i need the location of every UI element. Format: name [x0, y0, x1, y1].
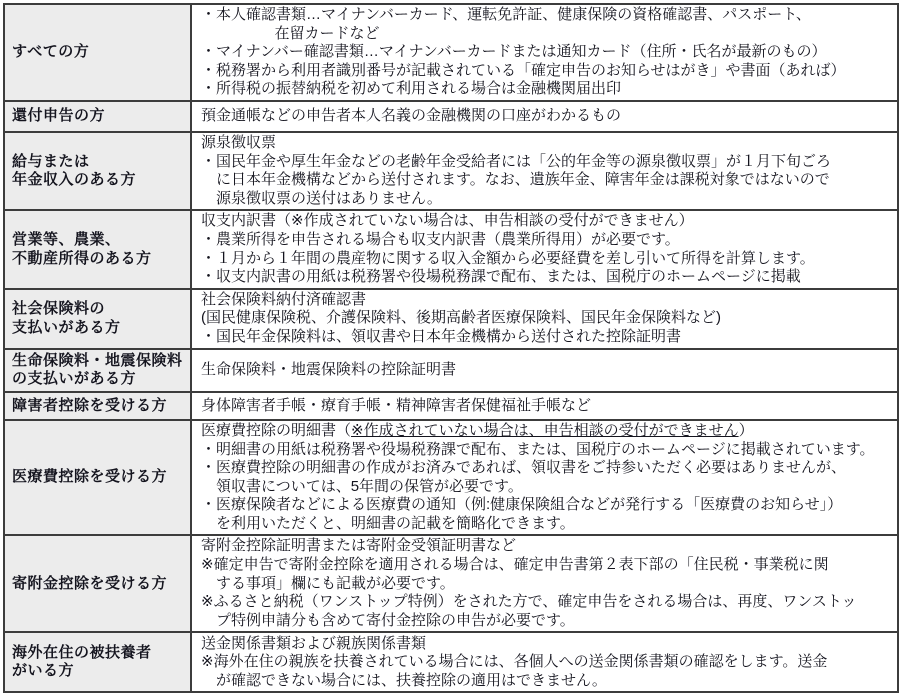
document-text-line: 源泉徴収票の送付はありません。 — [201, 190, 893, 209]
category-label: 営業等、農業、 — [12, 231, 186, 250]
text-segment: ・国民年金や厚生年金などの老齢年金受給者には「公的年金等の源泉徴収票」が１月下旬… — [201, 153, 831, 170]
text-segment: する事項」欄にも記載が必要です。 — [216, 575, 455, 592]
category-label: 不動産所得のある方 — [12, 250, 186, 269]
document-text-line: 寄附金控除証明書または寄附金受領証明書など — [201, 537, 893, 556]
text-segment: ・農業所得を申告される場合も収支内訳書（農業所得用）が必要です。 — [201, 231, 680, 248]
documents-cell: 身体障害者手帳・療育手帳・精神障害者保健福祉手帳など — [191, 392, 898, 420]
document-text-line: ・国民年金保険料は、領収書や日本年金機構から送付された控除証明書 — [201, 328, 893, 347]
text-segment: ・医療保険者などによる医療費の通知（例:健康保険組合などが発行する「医療費のお知… — [201, 496, 842, 513]
table-row: 還付申告の方預金通帳などの申告者本人名義の金融機関の口座がわかるもの — [4, 101, 898, 132]
table-row: 社会保険料の支払いがある方社会保険料納付済確認書(国民健康保険税、介護保険料、後… — [4, 289, 898, 349]
document-text-line: ・国民年金や厚生年金などの老齢年金受給者には「公的年金等の源泉徴収票」が１月下旬… — [201, 153, 893, 172]
category-label: 還付申告の方 — [12, 107, 186, 126]
document-text-line: ・所得税の振替納税を初めて利用される場合は金融機関届出印 — [201, 80, 893, 99]
text-segment: ※ふるさと納税（ワンストップ特例）をされた方で、確定申告をされる場合は、再度、ワ… — [201, 593, 856, 610]
table-row: 医療費控除を受ける方医療費控除の明細書（※作成されていない場合は、申告相談の受付… — [4, 420, 898, 536]
text-segment: 身体障害者手帳・療育手帳・精神障害者保健福祉手帳など — [201, 397, 591, 414]
text-segment: ※確定申告で寄附金控除を適用される場合は、確定申告書第２表下部の「住民税・事業税… — [201, 556, 829, 573]
text-segment: 源泉徴収票の送付はありません。 — [216, 190, 442, 207]
document-text-line: プ特例申請分も含めて寄付金控除の申告が必要です。 — [201, 612, 893, 631]
category-cell: 海外在住の被扶養者がいる方 — [4, 632, 191, 692]
text-segment: 生命保険料・地震保険料の控除証明書 — [201, 361, 456, 378]
document-text-line: ・本人確認書類…マイナンバーカード、運転免許証、健康保険の資格確認書、パスポート… — [201, 6, 893, 25]
text-segment: 預金通帳などの申告者本人名義の金融機関の口座がわかるもの — [201, 107, 621, 124]
category-cell: 還付申告の方 — [4, 101, 191, 132]
category-cell: 障害者控除を受ける方 — [4, 392, 191, 420]
underlined-note-text: ※作成されていない場合は、申告相談の受付ができません — [351, 422, 739, 439]
document-page: すべての方・本人確認書類…マイナンバーカード、運転免許証、健康保険の資格確認書、… — [0, 0, 900, 685]
text-segment: 送金関係書類および親族関係書類 — [201, 635, 426, 652]
category-label: 海外在住の被扶養者 — [12, 644, 186, 663]
category-label: すべての方 — [12, 43, 186, 62]
document-text-line: ・税務署から利用者識別番号が記載されている「確定申告のお知らせはがき」や書面（あ… — [201, 62, 893, 81]
table-row: 海外在住の被扶養者がいる方送金関係書類および親族関係書類※海外在住の親族を扶養さ… — [4, 632, 898, 692]
category-label: 障害者控除を受ける方 — [12, 397, 186, 416]
text-segment: 領収書については、5年間の保管が必要です。 — [216, 478, 523, 495]
category-cell: すべての方 — [4, 4, 191, 101]
category-label: の支払いがある方 — [12, 370, 186, 389]
document-text-line: 医療費控除の明細書（※作成されていない場合は、申告相談の受付ができません） — [201, 422, 893, 441]
document-text-line: ※海外在住の親族を扶養されている場合には、各個人への送金関係書類の確認をします。… — [201, 653, 893, 672]
documents-cell: 医療費控除の明細書（※作成されていない場合は、申告相談の受付ができません）・明細… — [191, 420, 898, 536]
table-row: 給与または年金収入のある方源泉徴収票・国民年金や厚生年金などの老齢年金受給者には… — [4, 132, 898, 210]
category-label: 支払いがある方 — [12, 319, 186, 338]
document-text-line: ※確定申告で寄附金控除を適用される場合は、確定申告書第２表下部の「住民税・事業税… — [201, 556, 893, 575]
category-label: 寄附金控除を受ける方 — [12, 575, 186, 594]
document-text-line: に日本年金機構などから送付されます。なお、遺族年金、障害年金は課税対象ではないの… — [201, 171, 893, 190]
text-segment: ・本人確認書類…マイナンバーカード、運転免許証、健康保険の資格確認書、パスポート… — [201, 6, 811, 23]
text-segment: ・明細書の用紙は税務署や役場税務課で配布、または、国税庁のホームページに掲載され… — [201, 441, 875, 458]
document-text-line: 領収書については、5年間の保管が必要です。 — [201, 478, 893, 497]
document-text-line: ※ふるさと納税（ワンストップ特例）をされた方で、確定申告をされる場合は、再度、ワ… — [201, 593, 893, 612]
text-segment: (国民健康保険税、介護保険料、後期高齢者医療保険料、国民年金保険料など) — [201, 309, 721, 326]
table-row: 寄附金控除を受ける方寄附金控除証明書または寄附金受領証明書など※確定申告で寄附金… — [4, 535, 898, 632]
document-text-line: が確認できない場合には、扶養控除の適用はできません。 — [201, 672, 893, 691]
text-segment: 収支内訳書（※作成されていない場合は、申告相談の受付ができません） — [201, 212, 694, 229]
table-row: 営業等、農業、不動産所得のある方収支内訳書（※作成されていない場合は、申告相談の… — [4, 210, 898, 288]
document-text-line: 送金関係書類および親族関係書類 — [201, 635, 893, 654]
document-text-line: ・収支内訳書の用紙は税務署や役場税務課で配布、または、国税庁のホームページに掲載 — [201, 268, 893, 287]
documents-cell: 寄附金控除証明書または寄附金受領証明書など※確定申告で寄附金控除を適用される場合… — [191, 535, 898, 632]
text-segment: に日本年金機構などから送付されます。なお、遺族年金、障害年金は課税対象ではないの… — [216, 171, 830, 188]
category-cell: 医療費控除を受ける方 — [4, 420, 191, 536]
category-label: がいる方 — [12, 662, 186, 681]
category-cell: 社会保険料の支払いがある方 — [4, 289, 191, 349]
text-segment: ・マイナンバー確認書類…マイナンバーカードまたは通知カード（住所・氏名が最新のも… — [201, 43, 827, 60]
document-text-line: 預金通帳などの申告者本人名義の金融機関の口座がわかるもの — [201, 107, 893, 126]
document-text-line: ・医療費控除の明細書の作成がお済みであれば、領収書をご持参いただく必要はありませ… — [201, 459, 893, 478]
documents-cell: 収支内訳書（※作成されていない場合は、申告相談の受付ができません）・農業所得を申… — [191, 210, 898, 288]
document-text-line: 生命保険料・地震保険料の控除証明書 — [201, 361, 893, 380]
category-label: 社会保険料の — [12, 300, 186, 319]
text-segment: 寄附金控除証明書または寄附金受領証明書など — [201, 537, 516, 554]
text-segment: ・収支内訳書の用紙は税務署や役場税務課で配布、または、国税庁のホームページに掲載 — [201, 268, 801, 285]
table-row: 生命保険料・地震保険料の支払いがある方生命保険料・地震保険料の控除証明書 — [4, 349, 898, 392]
document-text-line: 源泉徴収票 — [201, 134, 893, 153]
required-documents-table: すべての方・本人確認書類…マイナンバーカード、運転免許証、健康保険の資格確認書、… — [3, 3, 899, 693]
category-cell: 営業等、農業、不動産所得のある方 — [4, 210, 191, 288]
text-segment: を利用いただくと、明細書の記載を簡略化できます。 — [216, 515, 575, 532]
text-segment: 源泉徴収票 — [201, 134, 276, 151]
text-segment: プ特例申請分も含めて寄付金控除の申告が必要です。 — [216, 612, 575, 629]
text-segment: ・所得税の振替納税を初めて利用される場合は金融機関届出印 — [201, 80, 621, 97]
document-text-line: ・医療保険者などによる医療費の通知（例:健康保険組合などが発行する「医療費のお知… — [201, 496, 893, 515]
text-segment: ・税務署から利用者識別番号が記載されている「確定申告のお知らせはがき」や書面（あ… — [201, 62, 846, 79]
text-segment: ・医療費控除の明細書の作成がお済みであれば、領収書をご持参いただく必要はありませ… — [201, 459, 846, 476]
documents-cell: 源泉徴収票・国民年金や厚生年金などの老齢年金受給者には「公的年金等の源泉徴収票」… — [191, 132, 898, 210]
document-text-line: ・農業所得を申告される場合も収支内訳書（農業所得用）が必要です。 — [201, 231, 893, 250]
document-text-line: ・マイナンバー確認書類…マイナンバーカードまたは通知カード（住所・氏名が最新のも… — [201, 43, 893, 62]
document-text-line: ・明細書の用紙は税務署や役場税務課で配布、または、国税庁のホームページに掲載され… — [201, 441, 893, 460]
table-row: 障害者控除を受ける方身体障害者手帳・療育手帳・精神障害者保健福祉手帳など — [4, 392, 898, 420]
text-segment: ※海外在住の親族を扶養されている場合には、各個人への送金関係書類の確認をします。… — [201, 653, 827, 670]
category-cell: 生命保険料・地震保険料の支払いがある方 — [4, 349, 191, 392]
category-label: 給与または — [12, 153, 186, 172]
documents-cell: 送金関係書類および親族関係書類※海外在住の親族を扶養されている場合には、各個人へ… — [191, 632, 898, 692]
documents-cell: 生命保険料・地震保険料の控除証明書 — [191, 349, 898, 392]
text-segment: ） — [739, 422, 754, 439]
documents-cell: 預金通帳などの申告者本人名義の金融機関の口座がわかるもの — [191, 101, 898, 132]
category-label: 医療費控除を受ける方 — [12, 468, 186, 487]
document-text-line: 社会保険料納付済確認書 — [201, 291, 893, 310]
category-label: 年金収入のある方 — [12, 171, 186, 190]
category-label: 生命保険料・地震保険料 — [12, 352, 186, 371]
document-text-line: を利用いただくと、明細書の記載を簡略化できます。 — [201, 515, 893, 534]
text-segment: ・国民年金保険料は、領収書や日本年金機構から送付された控除証明書 — [201, 328, 681, 345]
table-row: すべての方・本人確認書類…マイナンバーカード、運転免許証、健康保険の資格確認書、… — [4, 4, 898, 101]
text-segment: 在留カードなど — [275, 25, 380, 42]
document-text-line: 身体障害者手帳・療育手帳・精神障害者保健福祉手帳など — [201, 397, 893, 416]
documents-cell: ・本人確認書類…マイナンバーカード、運転免許証、健康保険の資格確認書、パスポート… — [191, 4, 898, 101]
text-segment: が確認できない場合には、扶養控除の適用はできません。 — [216, 672, 607, 689]
category-cell: 寄附金控除を受ける方 — [4, 535, 191, 632]
document-text-line: (国民健康保険税、介護保険料、後期高齢者医療保険料、国民年金保険料など) — [201, 309, 893, 328]
document-text-line: 収支内訳書（※作成されていない場合は、申告相談の受付ができません） — [201, 212, 893, 231]
documents-cell: 社会保険料納付済確認書(国民健康保険税、介護保険料、後期高齢者医療保険料、国民年… — [191, 289, 898, 349]
text-segment: 医療費控除の明細書（ — [201, 422, 351, 439]
text-segment: ・１月から１年間の農産物に関する収入金額から必要経費を差し引いて所得を計算します… — [201, 250, 815, 267]
document-text-line: する事項」欄にも記載が必要です。 — [201, 575, 893, 594]
text-segment: 社会保険料納付済確認書 — [201, 291, 366, 308]
category-cell: 給与または年金収入のある方 — [4, 132, 191, 210]
document-text-line: 在留カードなど — [201, 25, 893, 44]
document-text-line: ・１月から１年間の農産物に関する収入金額から必要経費を差し引いて所得を計算します… — [201, 250, 893, 269]
